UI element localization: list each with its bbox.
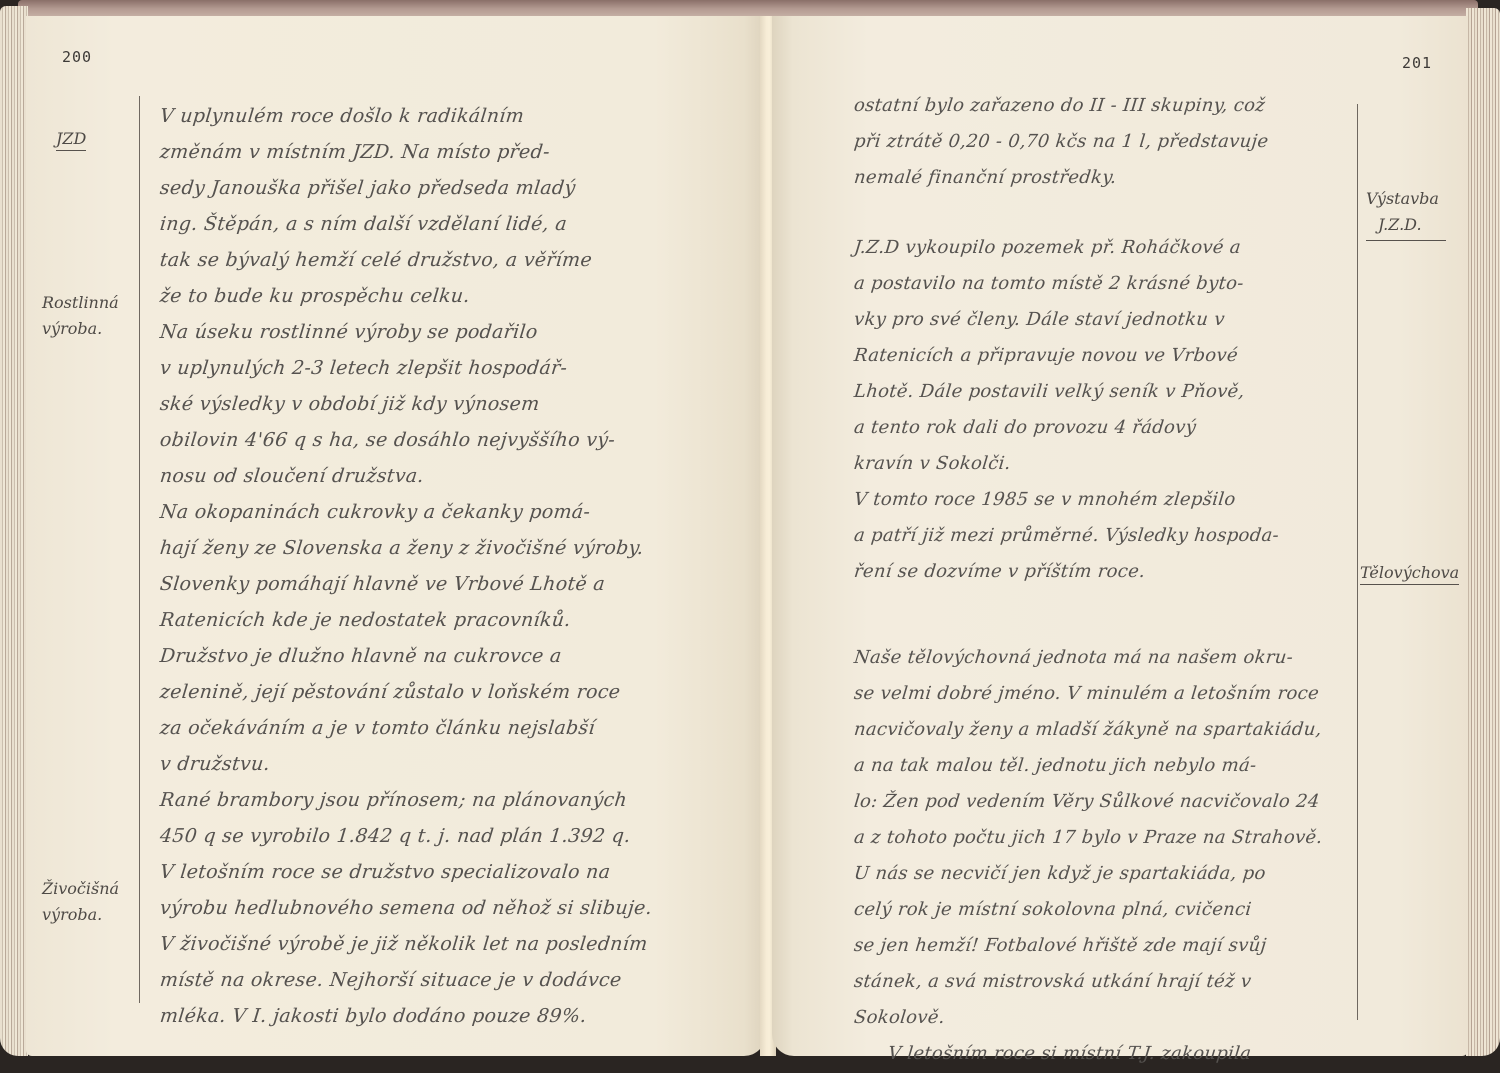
left-page-block-edge — [0, 6, 28, 1056]
text-line: místě na okrese. Nejhorší situace je v d… — [158, 962, 722, 998]
text-line: a tento rok dali do provozu 4 řádový — [852, 410, 1356, 446]
text-line: Družstvo je dlužno hlavně na cukrovce a — [158, 638, 722, 674]
text-line: v družstvu. — [158, 746, 722, 782]
text-line: změnám v místním JZD. Na místo před- — [158, 134, 722, 170]
margin-note-rostlinna-vyroba: Rostlinná výroba. — [42, 290, 119, 342]
text-line: V tomto roce 1985 se v mnohém zlepšilo — [852, 482, 1356, 518]
text-line: Slovenky pomáhají hlavně ve Vrbové Lhotě… — [158, 566, 722, 602]
text-line: že to bude ku prospěchu celku. — [158, 278, 722, 314]
text-line: stánek, a svá mistrovská utkání hrají té… — [852, 964, 1356, 1000]
blank-line — [852, 196, 1356, 230]
text-line: výrobu hedlubnového semena od něhož si s… — [158, 890, 722, 926]
text-line: U nás se necvičí jen když je spartakiáda… — [852, 856, 1356, 892]
text-line: V letošním roce si místní T.J. zakoupila — [852, 1036, 1356, 1072]
blank-line — [851, 590, 1356, 640]
text-line: Na úseku rostlinné výroby se podařilo — [158, 314, 722, 350]
text-line: nemalé finanční prostředky. — [852, 160, 1356, 196]
text-line: ostatní bylo zařazeno do II - III skupin… — [852, 88, 1356, 124]
text-line: Na okopaninách cukrovky a čekanky pomá- — [158, 494, 722, 530]
text-line: v uplynulých 2-3 letech zlepšit hospodář… — [158, 350, 722, 386]
text-line: a patří již mezi průměrné. Výsledky hosp… — [852, 518, 1356, 554]
text-line: kravín v Sokolči. — [852, 446, 1356, 482]
left-page-text: V uplynulém roce došlo k radikálním změn… — [160, 98, 720, 1034]
text-line: Sokolově. — [852, 1000, 1356, 1036]
text-line: se velmi dobré jméno. V minulém a letošn… — [852, 676, 1356, 712]
text-line: tak se bývalý hemží celé družstvo, a věř… — [158, 242, 722, 278]
text-line: J.Z.D vykoupilo pozemek př. Roháčkové a — [852, 230, 1356, 266]
text-line: a na tak malou těl. jednotu jich nebylo … — [852, 748, 1356, 784]
text-line: celý rok je místní sokolovna plná, cviče… — [852, 892, 1356, 928]
text-line: obilovin 4'66 q s ha, se dosáhlo nejvyšš… — [158, 422, 722, 458]
text-line: V živočišné výrobě je již několik let na… — [158, 926, 722, 962]
text-line: nosu od sloučení družstva. — [158, 458, 722, 494]
text-line: Rané brambory jsou přínosem; na plánovan… — [158, 782, 722, 818]
text-line: V letošním roce se družstvo specializova… — [158, 854, 722, 890]
text-line: za očekáváním a je v tomto článku nejsla… — [158, 710, 722, 746]
text-line: Naše tělovýchovná jednota má na našem ok… — [852, 640, 1356, 676]
text-line: nacvičovaly ženy a mladší žákyně na spar… — [852, 712, 1356, 748]
margin-note-telovychova: Tělovýchova — [1360, 560, 1459, 586]
margin-note-zivocisna-vyroba: Živočišná výroba. — [42, 876, 119, 928]
text-line: při ztrátě 0,20 - 0,70 kčs na 1 l, předs… — [852, 124, 1356, 160]
text-line: se jen hemží! Fotbalové hřiště zde mají … — [852, 928, 1356, 964]
left-margin-rule — [139, 96, 140, 1003]
page-number-right: 201 — [1402, 54, 1432, 72]
text-line: ské výsledky v období již kdy výnosem — [158, 386, 722, 422]
text-line: zelenině, její pěstování zůstalo v loňsk… — [158, 674, 722, 710]
text-line: Ratenicích a připravuje novou ve Vrbové — [852, 338, 1356, 374]
open-book: 200 JZD Rostlinná výroba. Živočišná výro… — [0, 0, 1500, 1073]
right-margin-rule — [1357, 104, 1358, 1020]
text-line: lo: Žen pod vedením Věry Sůlkové nacvičo… — [852, 784, 1356, 820]
right-page-text: ostatní bylo zařazeno do II - III skupin… — [854, 88, 1354, 1072]
text-line: 450 q se vyrobilo 1.842 q t. j. nad plán… — [158, 818, 722, 854]
text-line: vky pro své členy. Dále staví jednotku v — [852, 302, 1356, 338]
text-line: Lhotě. Dále postavili velký seník v Pňov… — [852, 374, 1356, 410]
text-line: ření se dozvíme v příštím roce. — [852, 554, 1356, 590]
text-line: a z tohoto počtu jich 17 bylo v Praze na… — [852, 820, 1356, 856]
margin-note-jzd: JZD — [56, 126, 86, 152]
page-number-left: 200 — [62, 48, 92, 66]
text-line: mléka. V I. jakosti bylo dodáno pouze 89… — [158, 998, 722, 1034]
margin-note-vystavba-jzd: Výstavba J.Z.D. — [1366, 186, 1446, 241]
text-line: a postavilo na tomto místě 2 krásné byto… — [852, 266, 1356, 302]
text-line: hají ženy ze Slovenska a ženy z živočišn… — [158, 530, 722, 566]
right-page-block-edge — [1466, 8, 1500, 1056]
text-line: V uplynulém roce došlo k radikálním — [158, 98, 722, 134]
text-line: Ratenicích kde je nedostatek pracovníků. — [158, 602, 722, 638]
text-line: sedy Janouška přišel jako předseda mladý — [158, 170, 722, 206]
text-line: ing. Štěpán, a s ním další vzdělaní lidé… — [158, 206, 722, 242]
